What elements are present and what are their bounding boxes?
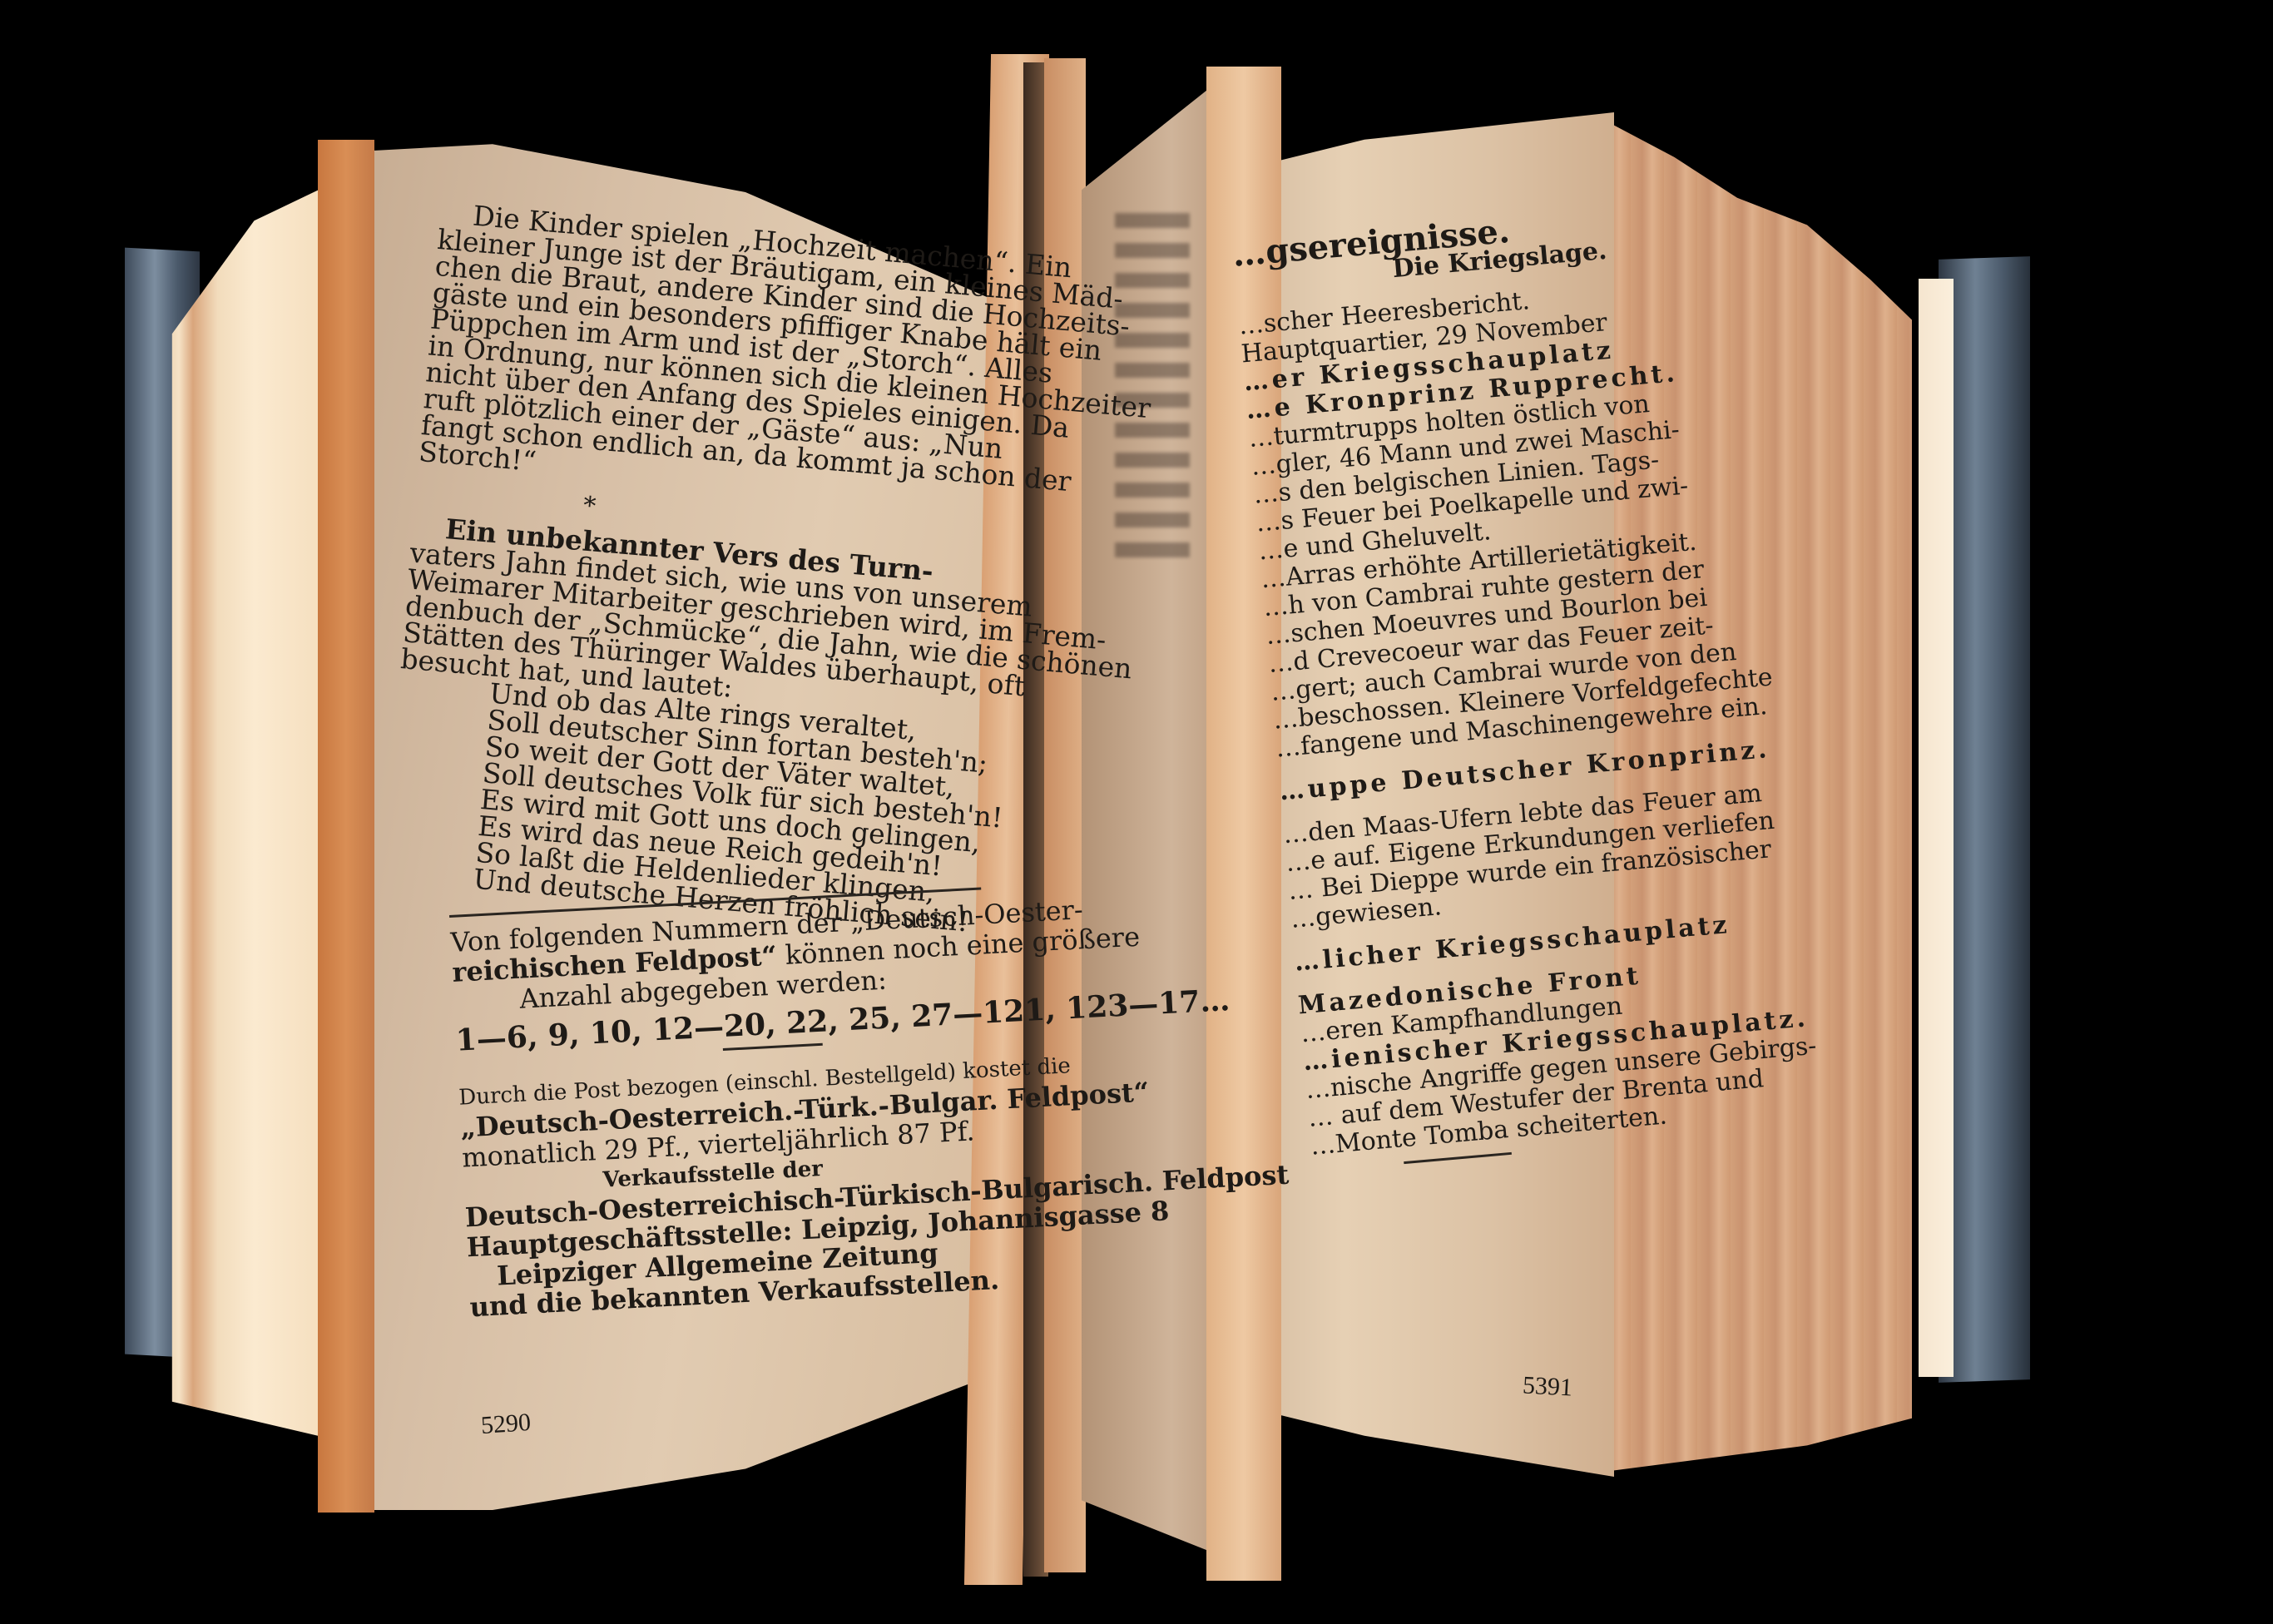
right-page-text: …gsereignisse. Die Kriegslage. …scher He… [1231,196,1824,1171]
left-page-gutter-edge [318,140,374,1513]
left-page-block-edge [158,183,333,1439]
page-number-left: 5290 [480,1409,532,1440]
right-endpaper [1919,279,1954,1377]
left-page-notice: Von folgenden Nummern der „Deutsch-Oeste… [449,872,1295,1322]
page-number-right: 5391 [1522,1371,1573,1402]
book-photo: Die Kinder spielen „Hochzeit machen“. Ei… [0,0,2273,1624]
left-page-text: Die Kinder spielen „Hochzeit machen“. Ei… [381,200,1167,948]
short-rule [723,1043,823,1051]
